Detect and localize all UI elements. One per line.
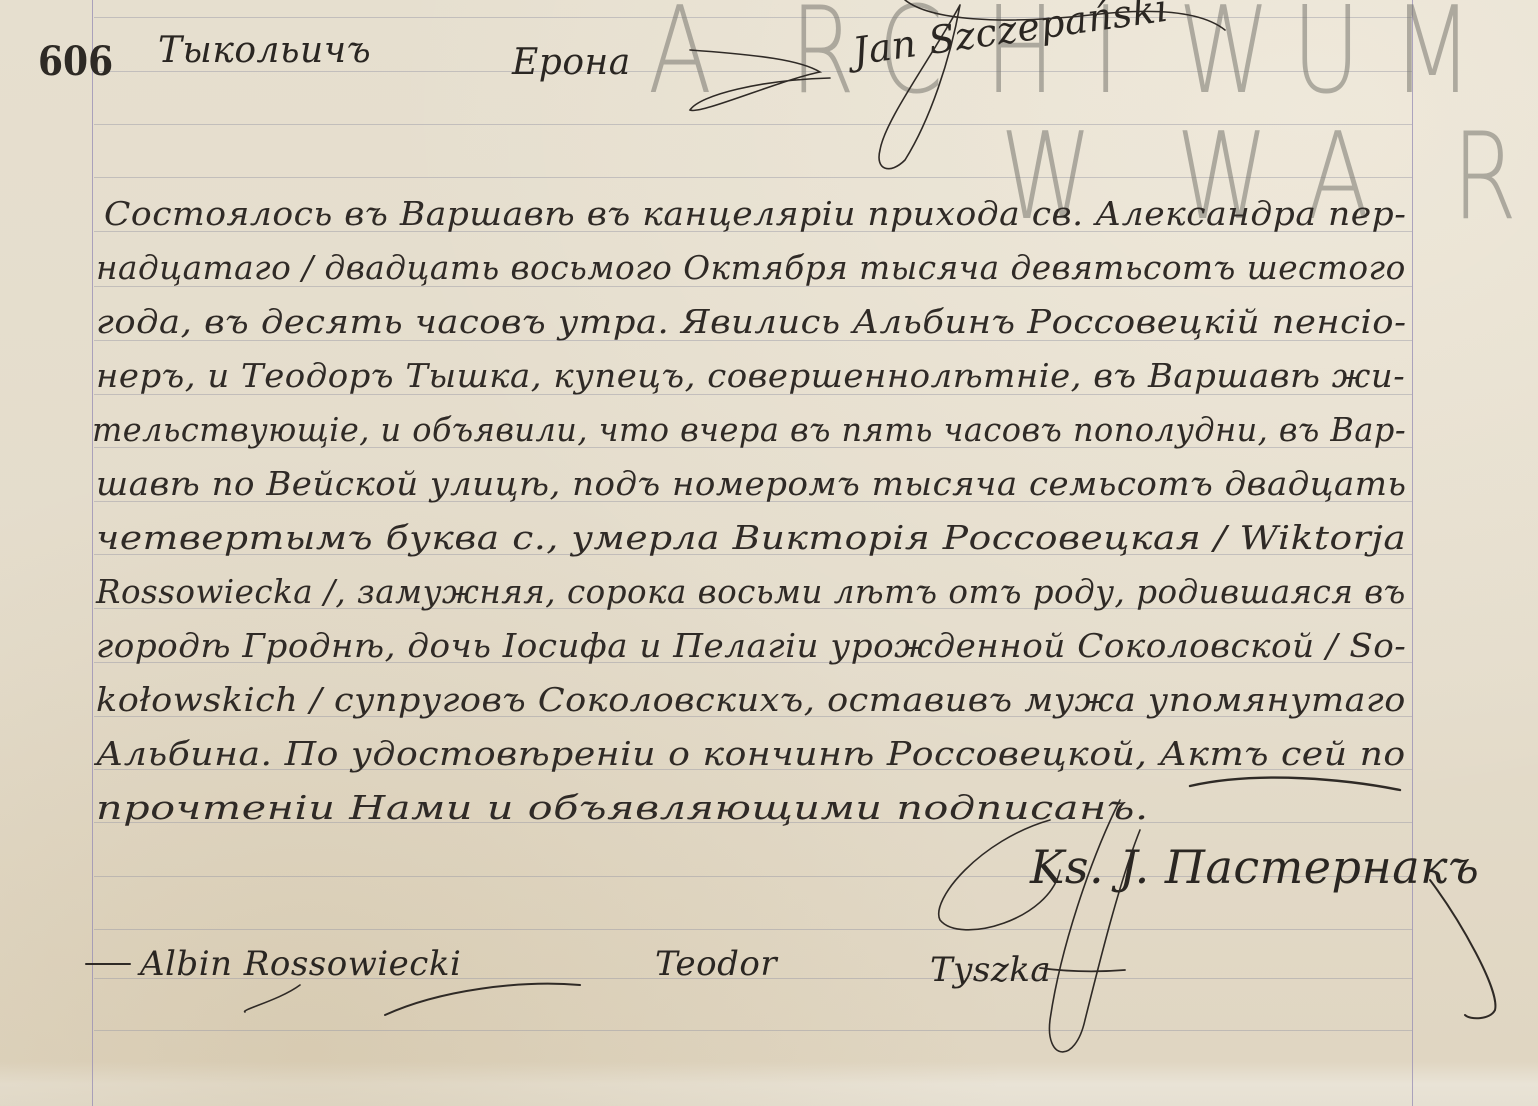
- body-line: Rossowiecka /, замужняя, сорока восьми л…: [96, 572, 1406, 611]
- ruling-line: [94, 177, 1412, 178]
- marginal-signature: Jan Szczepański: [850, 0, 1171, 74]
- body-line: шавѣ по Вейской улицѣ, подъ номеромъ тыс…: [96, 464, 1407, 503]
- body-line: kołowskich / супруговъ Соколовскихъ, ост…: [96, 680, 1406, 719]
- ruling-line: [94, 71, 1412, 72]
- ruling-line: [94, 929, 1412, 930]
- official-signature: Ks. J. Пастернакъ: [1030, 840, 1479, 894]
- body-line: Состоялось въ Варшавѣ въ канцелярiи прих…: [104, 194, 1406, 233]
- declarant-signature-teodor-first: Teodor: [655, 944, 777, 984]
- body-line: тельствующiе, и объявили, что вчера въ п…: [92, 410, 1406, 449]
- document-page: A R C H I W U M W W A R 606 Тыкольичъ Ер…: [0, 0, 1538, 1106]
- left-margin-line: [92, 0, 93, 1106]
- body-line: надцатаго / двадцать восьмого Октября ты…: [96, 248, 1406, 287]
- body-line: года, въ десять часовъ утра. Явились Аль…: [96, 302, 1407, 341]
- header-first-name: Ерона: [512, 42, 631, 83]
- body-line: городѣ Гроднѣ, дочь Iосифа и Пелагiи уро…: [96, 626, 1406, 665]
- body-line: четвертымъ буква с., умерла Викторiя Рос…: [96, 518, 1406, 557]
- body-line: неръ, и Теодоръ Тышка, купецъ, совершенн…: [96, 356, 1405, 395]
- watermark-letter: R: [1452, 118, 1517, 238]
- ruling-line: [94, 124, 1412, 125]
- right-margin-line: [1412, 0, 1413, 1106]
- header-surname: Тыкольичъ: [158, 30, 371, 71]
- ruling-line: [94, 1030, 1412, 1031]
- body-line: прочтенiи Нами и объявляющими подписанъ.: [96, 788, 1149, 827]
- body-line: Альбина. По удостовѣренiи о кончинѣ Росс…: [96, 734, 1406, 773]
- declarant-signature-teodor-last: Tyszka: [930, 950, 1051, 990]
- declarant-signature-albin: Albin Rossowiecki: [140, 944, 461, 984]
- flourish-header: [690, 50, 830, 110]
- entry-number: 606: [38, 38, 113, 85]
- ruling-line: [94, 17, 1412, 18]
